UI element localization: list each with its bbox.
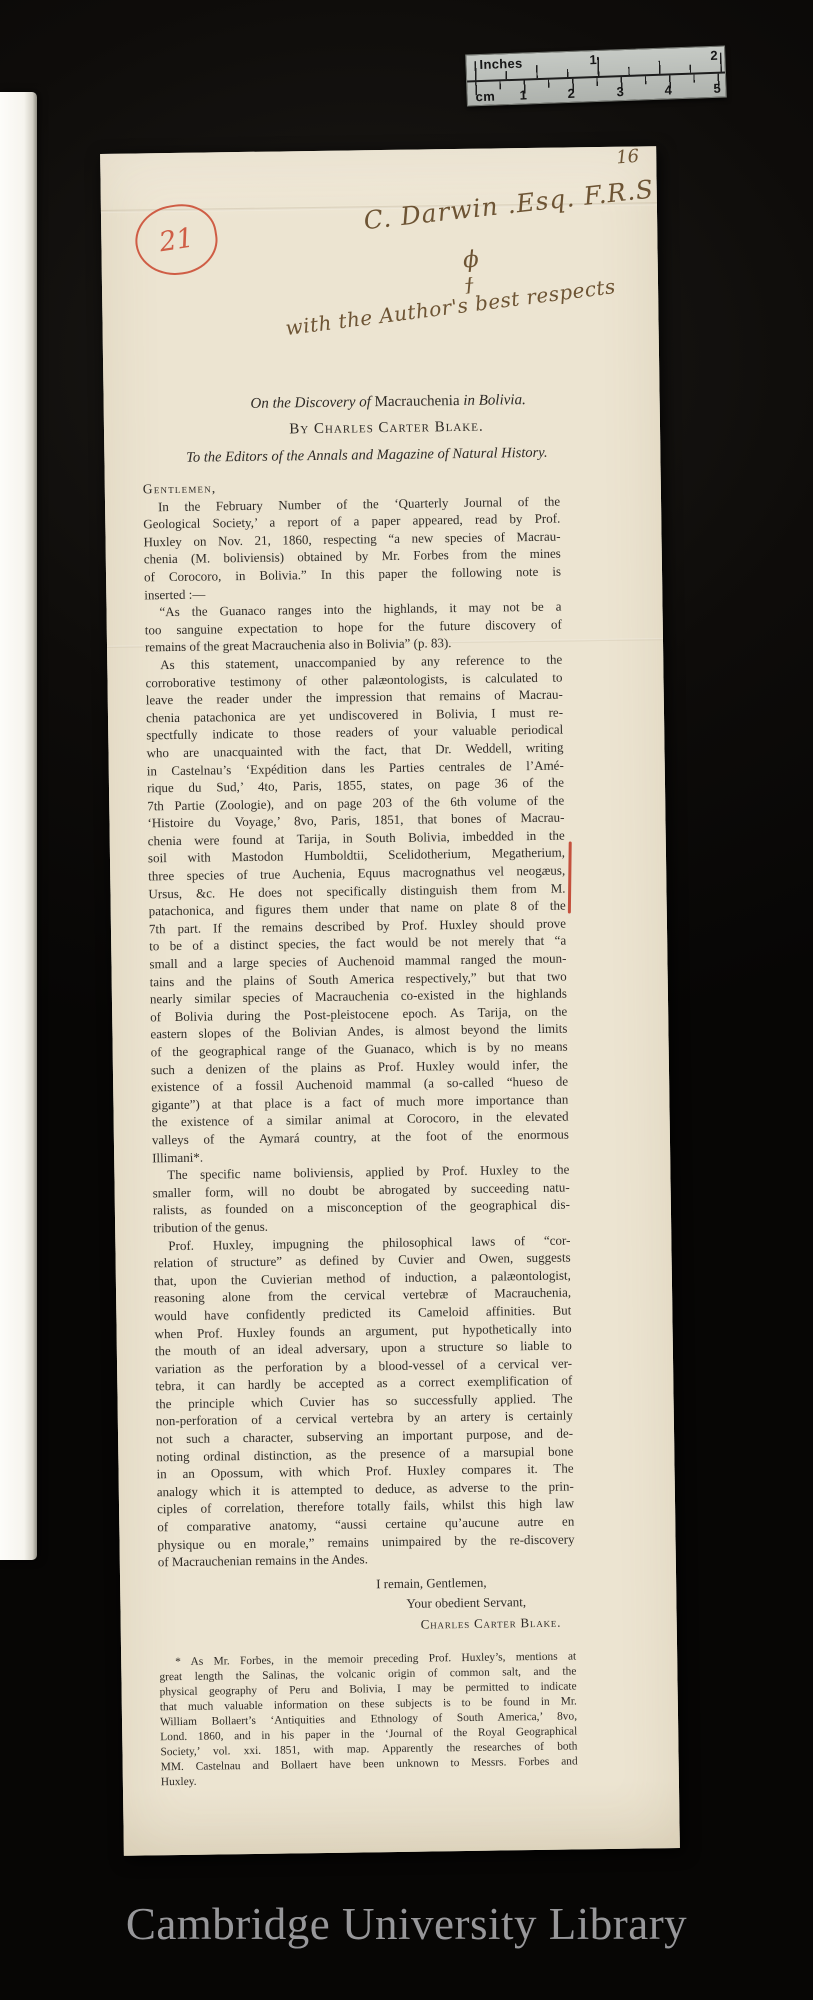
closing-signature: Charles Carter Blake. <box>159 1612 576 1638</box>
red-margin-mark <box>568 841 571 913</box>
document-title: On the Discovery of Macrauchenia in Boli… <box>180 391 597 414</box>
quoted-note: “As the Guanaco ranges into the highland… <box>144 598 562 657</box>
footnote: * As Mr. Forbes, in the memoir preceding… <box>159 1650 578 1791</box>
dedication-recipient: C. Darwin .Esq. F.R.S <box>362 174 655 235</box>
ruler-cm-label: cm <box>475 89 495 105</box>
collection-number: 21 <box>157 222 196 258</box>
document-heading: On the Discovery of Macrauchenia in Boli… <box>142 392 560 468</box>
letter-closing: I remain, Gentlemen, Your obedient Serva… <box>158 1571 576 1638</box>
author-byline: By Charles Carter Blake. <box>178 417 595 440</box>
folio-number: 16 <box>615 146 640 169</box>
dedication-message: with the Author's best respects <box>284 274 617 340</box>
title-italic-post: in Bolivia. <box>459 392 525 409</box>
facing-page-fore-edge <box>0 92 37 1560</box>
photo-scale-ruler: Inches 1 2 cm 1 2 3 4 5 <box>465 45 727 106</box>
ruler-cm-4: 4 <box>664 82 672 97</box>
addressee-line: To the Editors of the Annals and Magazin… <box>158 444 575 467</box>
title-species-name: Macrauchenia <box>374 393 459 410</box>
ruler-cm-1: 1 <box>519 87 527 102</box>
paragraph-2: As this statement, unaccompanied by any … <box>145 651 569 1167</box>
letter-body: Gentlemen, In the February Number of the… <box>143 475 578 1791</box>
paragraph-3: The specific name boliviensis, applied b… <box>152 1161 570 1237</box>
library-watermark: Cambridge University Library <box>0 1898 813 1950</box>
ruler-cm-3: 3 <box>616 84 624 99</box>
ruler-cm-2: 2 <box>567 86 575 101</box>
ruler-cm-5: 5 <box>713 81 721 96</box>
title-italic-pre: On the Discovery of <box>250 394 374 412</box>
paragraph-1: In the February Number of the ‘Quarterly… <box>143 492 561 603</box>
paragraph-4: Prof. Huxley, impugning the philosophica… <box>153 1231 575 1571</box>
photo-background: { "ruler": { "inches_label": "Inches", "… <box>0 0 813 2000</box>
pamphlet-page: 16 C. Darwin .Esq. F.R.S ϕ ϯ with the Au… <box>100 146 680 1856</box>
